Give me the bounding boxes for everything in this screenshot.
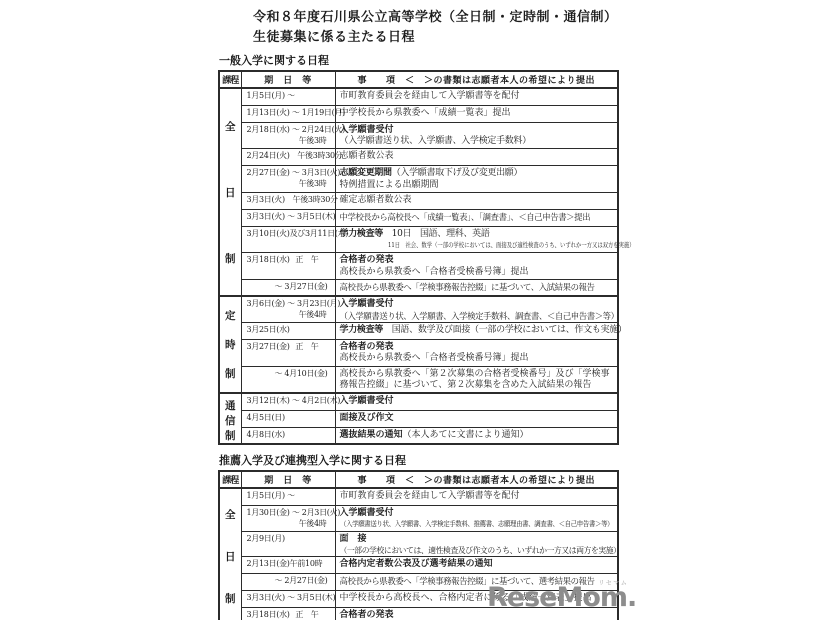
event-cell: 入学願書受付（入学願書送り状、入学願書、入学検定手数料）: [335, 122, 618, 149]
event-cell: 面接及び作文: [335, 410, 618, 427]
table-row: 3月3日(火) ～ 3月5日(木) 中学校長から高校長へ「成績一覧表」、「調査書…: [219, 209, 618, 226]
date-cell: 3月18日(水)正 午: [241, 608, 335, 620]
doc-title: 令和８年度石川県公立高等学校（全日制・定時制・通信制） 生徒募集に係る主たる日程: [253, 8, 619, 47]
section-heading-recommendation: 推薦入学及び連携型入学に関する日程: [219, 454, 619, 468]
event-cell: 志願変更期間（入学願書取下げ及び変更出願）特例措置による出願期間: [335, 166, 618, 193]
table-row: ～ 4月10日(金) 高校長から県教委へ「第２次募集の合格者受検番号」及び「学検…: [219, 366, 618, 393]
course-cell-fulltime: 全 日 制: [219, 88, 241, 296]
date-cell: 3月18日(水)正 午: [241, 253, 335, 280]
doc-title-line1: 令和８年度石川県公立高等学校（全日制・定時制・通信制）: [253, 8, 619, 28]
date-cell: 2月13日(金)午前10時: [241, 557, 335, 574]
event-cell: 学力検査等 国語、数学及び面接（一部の学校においては、作文も実施）: [335, 323, 618, 340]
date-cell: 1月5日(月) ～: [241, 88, 335, 105]
table-row: 1月13日(火) ～ 1月19日(月) 中学校長から県教委へ「成績一覧表」提出: [219, 105, 618, 122]
section-heading-general: 一般入学に関する日程: [219, 54, 619, 68]
table-row: 4月5日(日) 面接及び作文: [219, 410, 618, 427]
date-cell: ～ 4月10日(金): [241, 366, 335, 393]
date-cell: 1月30日(金) ～ 2月3日(火)午後4時: [241, 505, 335, 532]
table-row: 2月13日(金)午前10時 合格内定者数公表及び選考結果の通知: [219, 557, 618, 574]
course-label: 定 時 制: [220, 301, 241, 388]
table-row: 3月3日(火) 午後3時30分 確定志願者数公表: [219, 192, 618, 209]
resemom-logo: リセマム ReseMom.: [487, 584, 636, 611]
header-date: 期 日 等: [241, 71, 335, 88]
document: 令和８年度石川県公立高等学校（全日制・定時制・通信制） 生徒募集に係る主たる日程…: [218, 8, 619, 620]
table-row: 4月8日(水) 選抜結果の通知（本人あてに文書により通知）: [219, 427, 618, 444]
resemom-logo-ruby: リセマム: [598, 578, 628, 587]
date-cell: 3月6日(金) ～ 3月23日(月)午後4時: [241, 296, 335, 322]
table-row: 2月24日(火) 午後3時30分 志願者数公表: [219, 149, 618, 166]
table-row: 定 時 制 3月6日(金) ～ 3月23日(月)午後4時 入学願書受付（入学願書…: [219, 296, 618, 322]
doc-title-line2: 生徒募集に係る主たる日程: [253, 28, 619, 48]
table-row: 2月27日(金) ～ 3月3日(火)午後3時 志願変更期間（入学願書取下げ及び変…: [219, 166, 618, 193]
date-cell: 3月25日(水): [241, 323, 335, 340]
table-row: 全 日 制 1月5日(月) ～ 市町教育委員会を経由して入学願書等を配付: [219, 88, 618, 105]
course-label: 全 日 制: [220, 493, 241, 620]
date-cell: 3月3日(火) 午後3時30分: [241, 192, 335, 209]
date-cell: 2月24日(火) 午後3時30分: [241, 149, 335, 166]
header-course: 課程: [219, 71, 241, 88]
course-label: 通 信 制: [220, 398, 241, 439]
event-cell: 確定志願者数公表: [335, 192, 618, 209]
table-row: 2月18日(水) ～ 2月24日(火)午後3時 入学願書受付（入学願書送り状、入…: [219, 122, 618, 149]
general-admission-table: 課程 期 日 等 事 項 ＜ ＞の書類は志願者本人の希望により提出 全 日 制 …: [218, 70, 619, 445]
course-cell-parttime: 定 時 制: [219, 296, 241, 393]
date-cell: 1月5日(月) ～: [241, 488, 335, 505]
event-cell: 選抜結果の通知（本人あてに文書により通知）: [335, 427, 618, 444]
table-row: 3月27日(金)正 午 合格者の発表高校長から県教委へ「合格者受検番号簿」提出: [219, 340, 618, 367]
event-cell: 市町教育委員会を経由して入学願書等を配付: [335, 488, 618, 505]
table-row: 3月25日(水) 学力検査等 国語、数学及び面接（一部の学校においては、作文も実…: [219, 323, 618, 340]
date-cell: 1月13日(火) ～ 1月19日(月): [241, 105, 335, 122]
course-cell-correspondence: 通 信 制: [219, 393, 241, 444]
table-row: 1月30日(金) ～ 2月3日(火)午後4時 入学願書受付（入学願書送り状、入学…: [219, 505, 618, 532]
table-row: 通 信 制 3月12日(木) ～ 4月2日(木) 入学願書受付: [219, 393, 618, 410]
event-cell: 入学願書受付（入学願書送り状、入学願書、入学検定手数料、調査書、＜自己申告書＞等…: [335, 296, 618, 322]
header-event: 事 項 ＜ ＞の書類は志願者本人の希望により提出: [335, 471, 618, 488]
course-label: 全 日 制: [220, 93, 241, 291]
table-header-row: 課程 期 日 等 事 項 ＜ ＞の書類は志願者本人の希望により提出: [219, 71, 618, 88]
event-cell: 高校長から県教委へ「学検事務報告控綴」に基づいて、入試結果の報告: [335, 279, 618, 296]
table-row: ～ 3月27日(金) 高校長から県教委へ「学検事務報告控綴」に基づいて、入試結果…: [219, 279, 618, 296]
date-cell: 3月12日(木) ～ 4月2日(木): [241, 393, 335, 410]
date-cell: 2月27日(金) ～ 3月3日(火)午後3時: [241, 166, 335, 193]
table-header-row: 課程 期 日 等 事 項 ＜ ＞の書類は志願者本人の希望により提出: [219, 471, 618, 488]
event-cell: 面 接（一部の学校においては、適性検査及び作文のうち、いずれか一方又は両方を実施…: [335, 532, 618, 557]
table-row: 2月9日(月) 面 接（一部の学校においては、適性検査及び作文のうち、いずれか一…: [219, 532, 618, 557]
table-row: 3月18日(水)正 午 合格者の発表高校長から県教委へ「合格者受検番号簿」提出: [219, 253, 618, 280]
date-cell: 4月8日(水): [241, 427, 335, 444]
event-cell: 合格者の発表高校長から県教委へ「合格者受検番号簿」提出: [335, 340, 618, 367]
event-cell: 高校長から県教委へ「第２次募集の合格者受検番号」及び「学検事務報告控綴」に基づい…: [335, 366, 618, 393]
event-cell: 合格内定者数公表及び選考結果の通知: [335, 557, 618, 574]
table-row: 3月10日(火)及び3月11日(水) 学力検査等 10日 国語、理科、英語11日…: [219, 226, 618, 253]
event-cell: 中学校長から高校長へ「成績一覧表」、「調査書」、＜自己申告書＞提出: [335, 209, 618, 226]
date-cell: 3月3日(火) ～ 3月5日(木): [241, 209, 335, 226]
event-cell: 志願者数公表: [335, 149, 618, 166]
header-course: 課程: [219, 471, 241, 488]
event-cell: 合格者の発表高校長から県教委へ「合格者受検番号簿」提出: [335, 253, 618, 280]
date-cell: 3月10日(火)及び3月11日(水): [241, 226, 335, 253]
table-row: 全 日 制 1月5日(月) ～ 市町教育委員会を経由して入学願書等を配付: [219, 488, 618, 505]
date-cell: 3月3日(火) ～ 3月5日(木): [241, 591, 335, 608]
date-cell: ～ 2月27日(金): [241, 574, 335, 591]
date-cell: ～ 3月27日(金): [241, 279, 335, 296]
event-cell: 入学願書受付（入学願書送り状、入学願書、入学検定手数料、推薦書、志願理由書、調査…: [335, 505, 618, 532]
header-date: 期 日 等: [241, 471, 335, 488]
event-cell: 学力検査等 10日 国語、理科、英語11日 社会、数学（一部の学校においては、面…: [335, 226, 618, 253]
event-cell: 入学願書受付: [335, 393, 618, 410]
event-cell: 中学校長から県教委へ「成績一覧表」提出: [335, 105, 618, 122]
event-cell: 市町教育委員会を経由して入学願書等を配付: [335, 88, 618, 105]
date-cell: 4月5日(日): [241, 410, 335, 427]
course-cell-fulltime: 全 日 制: [219, 488, 241, 620]
date-cell: 3月27日(金)正 午: [241, 340, 335, 367]
date-cell: 2月9日(月): [241, 532, 335, 557]
header-event: 事 項 ＜ ＞の書類は志願者本人の希望により提出: [335, 71, 618, 88]
date-cell: 2月18日(水) ～ 2月24日(火)午後3時: [241, 122, 335, 149]
